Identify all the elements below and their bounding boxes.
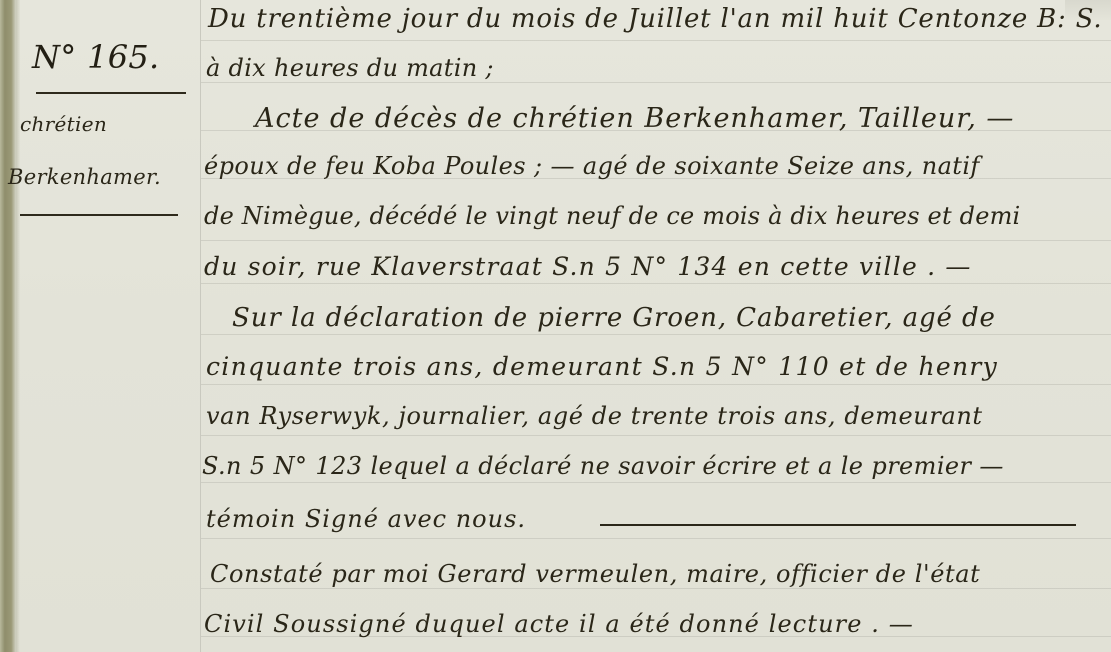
record-line: époux de feu Koba Poules ; — agé de soix… bbox=[204, 152, 980, 180]
record-line: Civil Soussigné duquel acte il a été don… bbox=[204, 610, 914, 638]
margin-divider bbox=[20, 214, 178, 216]
closing-line-rule bbox=[600, 524, 1076, 526]
record-line: Sur la déclaration de pierre Groen, Caba… bbox=[232, 303, 996, 333]
ruled-line bbox=[200, 283, 1111, 284]
entry-number: N° 165. bbox=[32, 38, 160, 76]
record-line: du soir, rue Klaverstraat S.n 5 N° 134 e… bbox=[204, 252, 972, 281]
ruled-line bbox=[200, 40, 1111, 41]
ruled-line bbox=[200, 82, 1111, 83]
margin-rule bbox=[200, 0, 201, 652]
margin-column: N° 165. chrétien Berkenhamer. bbox=[20, 0, 200, 652]
record-line: à dix heures du matin ; bbox=[206, 54, 494, 82]
record-line: témoin Signé avec nous. bbox=[206, 505, 526, 533]
ruled-line bbox=[200, 482, 1111, 483]
ruled-line bbox=[200, 384, 1111, 385]
record-line: S.n 5 N° 123 lequel a déclaré ne savoir … bbox=[202, 452, 1004, 480]
record-line: Acte de décès de chrétien Berkenhamer, T… bbox=[255, 103, 1014, 134]
record-line: cinquante trois ans, demeurant S.n 5 N° … bbox=[206, 352, 998, 381]
deceased-first-name: chrétien bbox=[20, 112, 107, 136]
ruled-line bbox=[200, 588, 1111, 589]
margin-divider bbox=[36, 92, 186, 94]
deceased-surname: Berkenhamer. bbox=[8, 165, 161, 189]
record-line: Constaté par moi Gerard vermeulen, maire… bbox=[210, 560, 980, 588]
ruled-line bbox=[200, 435, 1111, 436]
ruled-line bbox=[200, 240, 1111, 241]
record-line: de Nimègue, décédé le vingt neuf de ce m… bbox=[204, 202, 1020, 230]
record-line: van Ryserwyk, journalier, agé de trente … bbox=[206, 402, 983, 430]
ruled-line bbox=[200, 334, 1111, 335]
ruled-line bbox=[200, 538, 1111, 539]
record-line: Du trentième jour du mois de Juillet l'a… bbox=[208, 4, 1102, 34]
register-page: N° 165. chrétien Berkenhamer. Du trentiè… bbox=[0, 0, 1111, 652]
book-binding bbox=[0, 0, 16, 652]
